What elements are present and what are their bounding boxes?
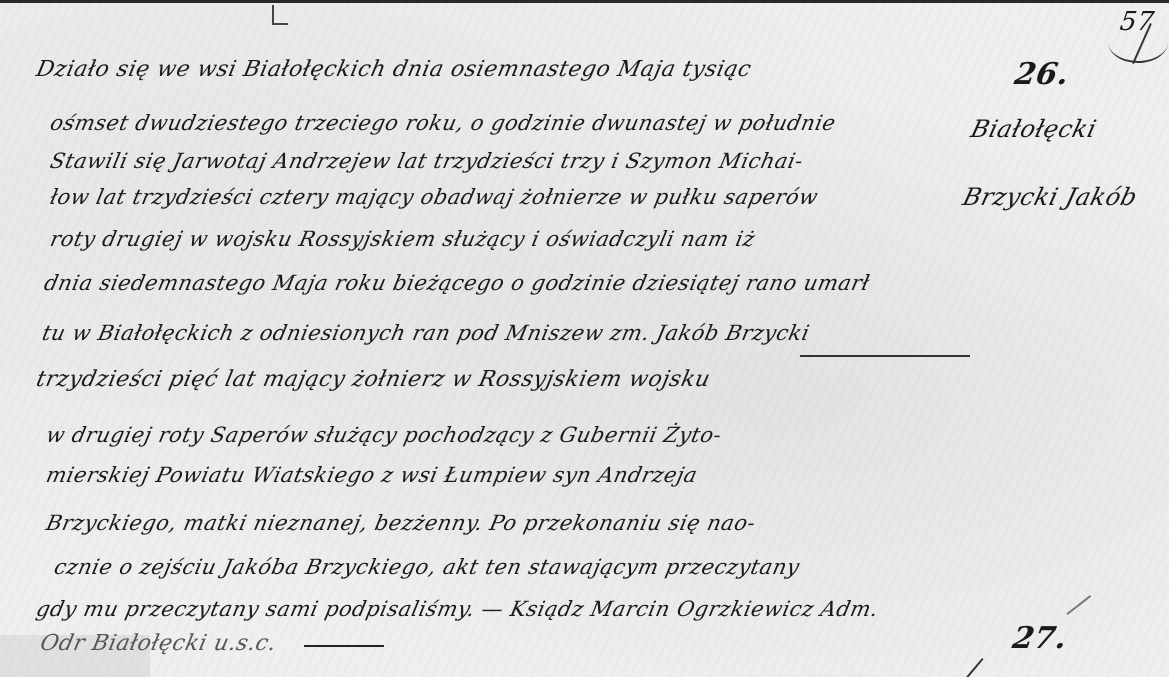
record-line-7: tu w Białołęckich z odniesionych ran pod… xyxy=(40,321,812,345)
record-line-3: Stawili się Jarwotaj Andrzejew lat trzyd… xyxy=(48,149,806,173)
record-number-27: 27. xyxy=(1010,621,1070,656)
record-number-26: 26. xyxy=(1012,57,1072,92)
pen-stroke xyxy=(965,658,983,677)
record-line-5: roty drugiej w wojsku Rossyjskiem służąc… xyxy=(48,227,757,251)
registrar-signature: Odr Białołęcki u.s.c. xyxy=(38,631,279,656)
document-page: 57 26. Białołęcki Brzycki Jakób Działo s… xyxy=(0,3,1169,677)
page-number-arc xyxy=(1108,21,1168,63)
pen-stroke xyxy=(1066,595,1091,615)
record-line-2: ośmset dwudziestego trzeciego roku, o go… xyxy=(48,111,838,135)
record-line-9: w drugiej roty Saperów służący pochodząc… xyxy=(44,423,724,447)
signature-rule xyxy=(304,645,384,647)
record-line-10: mierskiej Powiatu Wiatskiego z wsi Łumpi… xyxy=(44,463,700,487)
record-line-6: dnia siedemnastego Maja roku bieżącego o… xyxy=(42,271,872,295)
record-line-8: trzydzieści pięć lat mający żołnierz w R… xyxy=(34,367,713,392)
margin-name: Brzycki Jakób xyxy=(960,183,1140,211)
record-line-12: cznie o zejściu Jakóba Brzyckiego, akt t… xyxy=(52,555,802,579)
record-line-13: gdy mu przeczytany sami podpisaliśmy. — … xyxy=(34,597,881,621)
top-corner-mark xyxy=(272,5,288,25)
record-line-1: Działo się we wsi Białołęckich dnia osie… xyxy=(34,57,754,82)
deceased-name-underline xyxy=(800,355,970,357)
record-line-11: Brzyckiego, matki nieznanej, bezżenny. P… xyxy=(44,511,758,535)
margin-place: Białołęcki xyxy=(968,115,1099,143)
record-line-4: łow lat trzydzieści cztery mający obadwa… xyxy=(48,185,820,209)
